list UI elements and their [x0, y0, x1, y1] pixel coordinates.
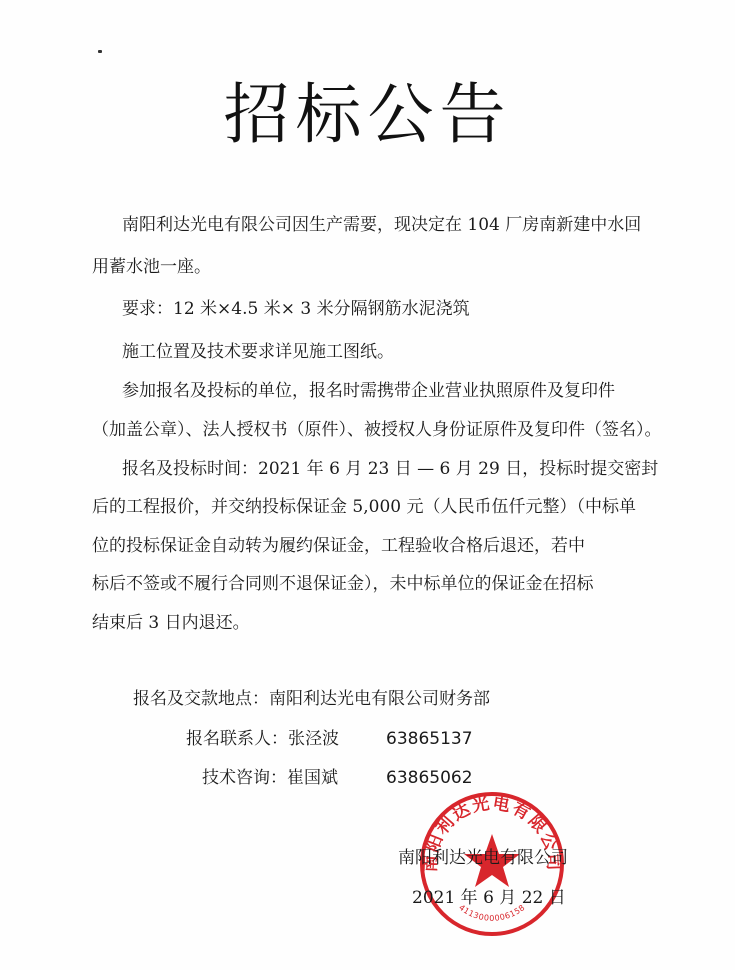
registration-label: 报名联系人：: [186, 729, 288, 749]
tech-name: 崔国斌: [287, 768, 338, 788]
paragraph-requirements: 要求：12 米×4.5 米× 3 米分隔钢筋水泥浇筑: [122, 298, 470, 320]
location-value: 南阳利达光电有限公司财务部: [269, 689, 490, 709]
scan-speck: [98, 50, 102, 53]
registration-phone: 63865137: [386, 728, 473, 750]
paragraph-intro-line2: 用蓄水池一座。: [92, 256, 211, 278]
document-page: 招标公告 南阳利达光电有限公司因生产需要，现决定在 104 厂房南新建中水回 用…: [0, 0, 735, 970]
paragraph-drawings: 施工位置及技术要求详见施工图纸。: [122, 341, 394, 363]
paragraph-schedule-line4: 标后不签或不履行合同则不退保证金），未中标单位的保证金在招标: [92, 573, 594, 595]
registration-name: 张泾波: [288, 729, 339, 749]
paragraph-schedule-line1: 报名及投标时间：2021 年 6 月 23 日 — 6 月 29 日，投标时提交…: [122, 458, 658, 480]
paragraph-documents-line1: 参加报名及投标的单位，报名时需携带企业营业执照原件及复印件: [122, 380, 615, 402]
paragraph-schedule-line2: 后的工程报价，并交纳投标保证金 5,000 元（人民币伍仟元整）（中标单: [92, 496, 636, 518]
paragraph-schedule-line5: 结束后 3 日内退还。: [92, 612, 250, 634]
paragraph-documents-line2: （加盖公章）、法人授权书（原件）、被授权人身份证原件及复印件（签名）。: [92, 419, 662, 441]
paragraph-schedule-line3: 位的投标保证金自动转为履约保证金，工程验收合格后退还，若中: [92, 535, 585, 557]
location-line: 报名及交款地点：南阳利达光电有限公司财务部: [133, 688, 490, 710]
registration-contact-line: 报名联系人：张泾波: [186, 728, 339, 750]
paragraph-intro-line1: 南阳利达光电有限公司因生产需要，现决定在 104 厂房南新建中水回: [122, 214, 641, 236]
tech-label: 技术咨询：: [202, 768, 287, 788]
page-title: 招标公告: [0, 70, 735, 160]
tech-contact-line: 技术咨询：崔国斌: [202, 767, 338, 789]
tech-phone: 63865062: [386, 767, 473, 789]
signature-company: 南阳利达光电有限公司: [398, 843, 568, 868]
location-label: 报名及交款地点：: [133, 689, 269, 709]
signature-date: 2021 年 6 月 22 日: [412, 883, 566, 908]
